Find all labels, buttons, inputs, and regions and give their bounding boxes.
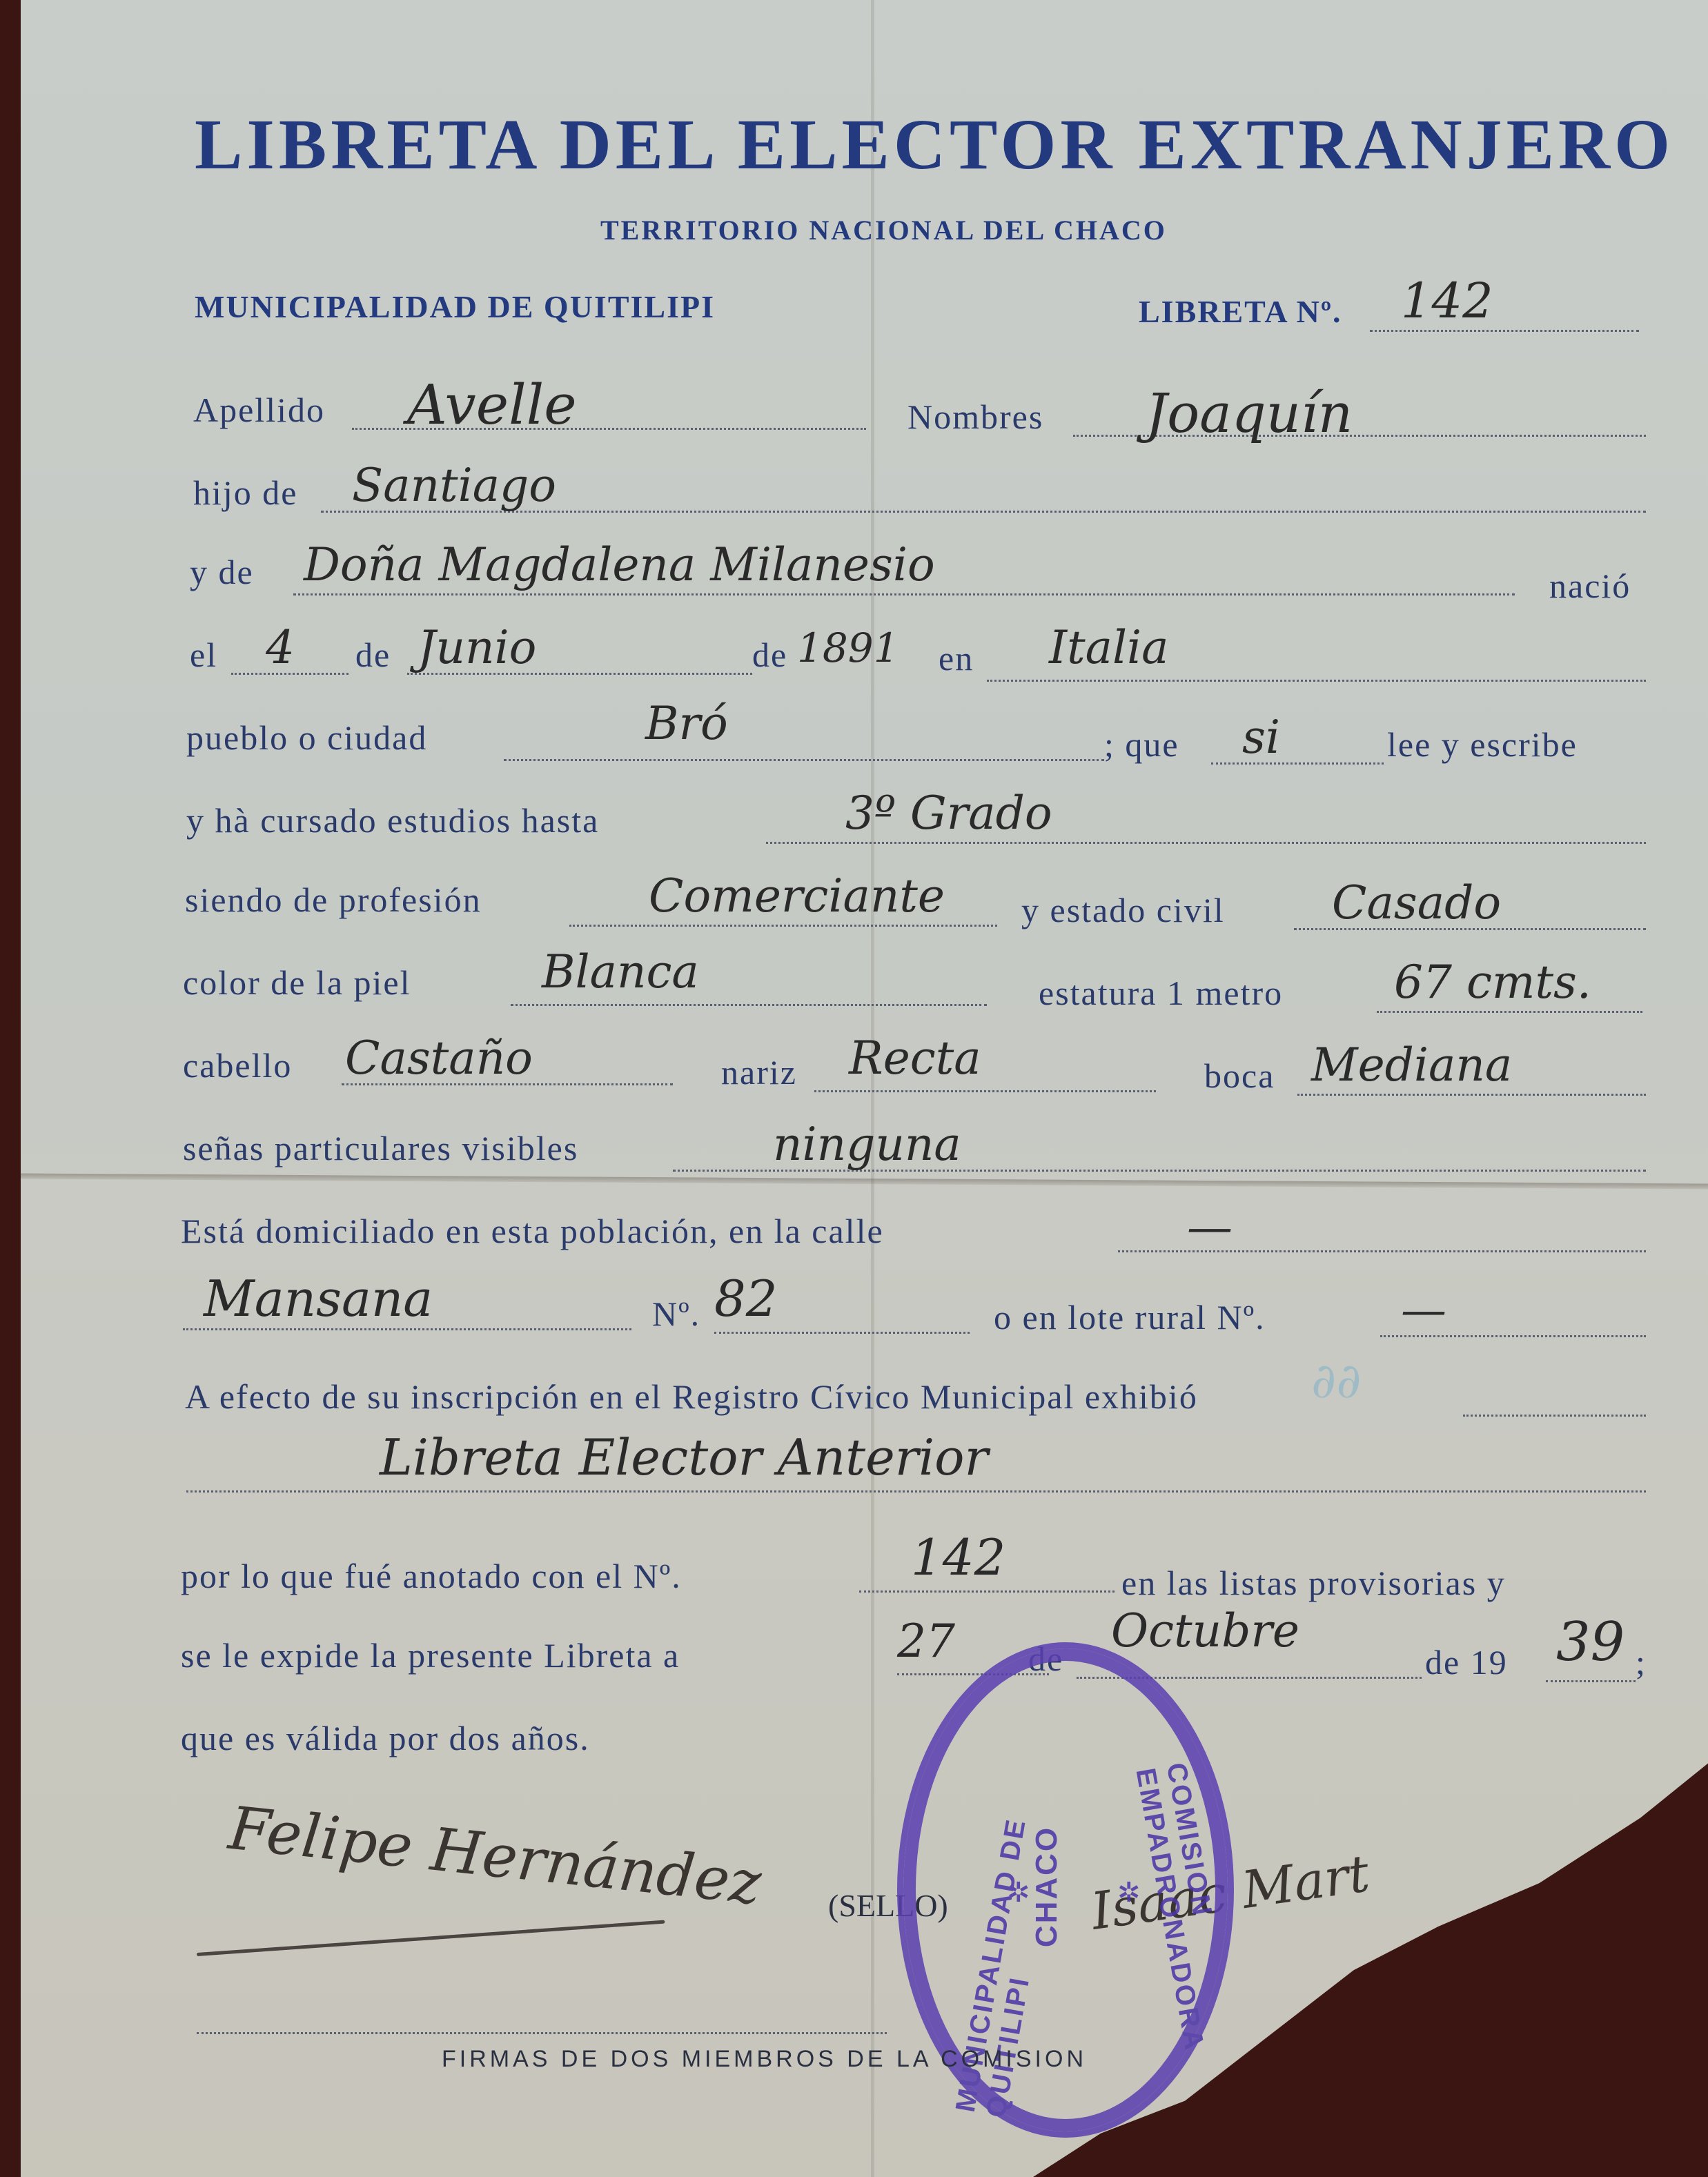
hijo-de-label: hijo de <box>193 473 297 513</box>
que-label: ; que <box>1104 725 1179 765</box>
anotado-line <box>859 1590 1115 1593</box>
numero-label: Nº. <box>652 1294 700 1334</box>
exhibio-value: Libreta Elector Anterior <box>380 1428 988 1486</box>
hijo-de-value: Santiago <box>352 459 556 512</box>
apellido-value: Avelle <box>407 373 577 437</box>
exhibio-line <box>186 1490 1646 1493</box>
pueblo-line <box>504 759 1104 761</box>
expide-label: se le expide la presente Libreta a <box>181 1635 680 1675</box>
libreta-number-line <box>1370 330 1639 332</box>
numero-value: 82 <box>714 1270 778 1328</box>
lote-label: o en lote rural Nº. <box>994 1297 1266 1337</box>
expide-semicolon: ; <box>1636 1642 1647 1682</box>
dia-value: 4 <box>266 621 295 674</box>
libreta-number: 142 <box>1401 273 1493 329</box>
estado-label: y estado civil <box>1021 890 1225 930</box>
domicilio-label: Está domiciliado en esta población, en l… <box>181 1211 884 1251</box>
nombres-value: Joaquín <box>1146 383 1353 445</box>
nariz-label: nariz <box>721 1052 797 1092</box>
stamp-star-icon: ✲ <box>1007 1876 1030 1909</box>
estudios-value: 3º Grado <box>845 787 1052 840</box>
calle-dash: — <box>1187 1201 1233 1254</box>
vertical-fold <box>871 0 874 2177</box>
cabello-label: cabello <box>183 1045 292 1085</box>
listas-label: en las listas provisorias y <box>1121 1563 1506 1603</box>
calle-value: Mansana <box>204 1270 433 1328</box>
nacio-label: nació <box>1549 566 1631 606</box>
footer-caption: FIRMAS DE DOS MIEMBROS DE LA COMISION <box>442 2046 1087 2073</box>
nariz-line <box>814 1090 1156 1092</box>
lote-value: — <box>1401 1283 1446 1337</box>
profesion-line <box>569 925 997 927</box>
expide-anio-line <box>1546 1680 1636 1682</box>
boca-line <box>1297 1094 1646 1096</box>
footer-signature-line <box>197 2032 887 2034</box>
boca-label: boca <box>1204 1056 1275 1096</box>
estatura-line <box>1377 1011 1642 1013</box>
de-label: de <box>355 635 391 675</box>
profesion-value: Comerciante <box>649 869 945 923</box>
anotado-label: por lo que fué anotado con el Nº. <box>181 1556 682 1596</box>
efecto-line <box>1463 1415 1646 1417</box>
lee-escribe-label: lee y escribe <box>1387 725 1578 765</box>
mes-value: Junio <box>418 621 536 674</box>
document-subtitle: TERRITORIO NACIONAL DEL CHACO <box>600 214 1167 246</box>
en-label: en <box>939 638 974 678</box>
stamp-center-text: CHACO <box>1030 1826 1064 1947</box>
senas-value: ninguna <box>773 1118 961 1171</box>
valida-label: que es válida por dos años. <box>181 1718 590 1758</box>
y-de-label: y de <box>190 552 254 592</box>
expide-mes: Octubre <box>1111 1604 1299 1657</box>
libreta-label: LIBRETA Nº. <box>1139 293 1342 330</box>
lee-line <box>1211 762 1384 765</box>
boca-value: Mediana <box>1311 1038 1512 1092</box>
pueblo-value: Bró <box>645 697 728 750</box>
estudios-label: y hà cursado estudios hasta <box>186 800 599 840</box>
y-de-line <box>293 593 1515 595</box>
apellido-label: Apellido <box>193 390 325 430</box>
piel-value: Blanca <box>542 945 699 998</box>
expide-dia: 27 <box>897 1615 955 1668</box>
nariz-value: Recta <box>849 1032 981 1085</box>
calle-value-line <box>183 1328 631 1330</box>
de-anio-label: de <box>752 635 787 675</box>
numero-line <box>714 1332 970 1334</box>
cabello-value: Castaño <box>345 1032 533 1085</box>
piel-label: color de la piel <box>183 963 411 1003</box>
pueblo-label: pueblo o ciudad <box>186 718 427 758</box>
senas-label: señas particulares visibles <box>183 1128 578 1168</box>
anotado-value: 142 <box>911 1528 1005 1586</box>
nombres-label: Nombres <box>907 397 1043 437</box>
pais-line <box>987 680 1646 682</box>
expide-de-anio-label: de 19 <box>1425 1642 1508 1682</box>
stamp-star-icon: ✲ <box>1117 1876 1141 1909</box>
estatura-label: estatura 1 metro <box>1039 973 1283 1013</box>
estudios-line <box>766 842 1646 844</box>
efecto-label: A efecto de su inscripción en el Registr… <box>185 1377 1198 1417</box>
el-label: el <box>190 635 217 675</box>
municipality: MUNICIPALIDAD DE QUITILIPI <box>195 288 715 325</box>
piel-line <box>511 1004 987 1006</box>
pais-value: Italia <box>1049 621 1169 674</box>
estado-value: Casado <box>1332 876 1501 929</box>
document-title: LIBRETA DEL ELECTOR EXTRANJERO <box>195 104 1674 186</box>
anio-value: 1891 <box>797 624 899 671</box>
y-de-value: Doña Magdalena Milanesio <box>304 538 935 591</box>
profesion-label: siendo de profesión <box>185 880 482 920</box>
lee-value: si <box>1242 711 1280 764</box>
blue-pencil-marks: ∂∂ <box>1311 1352 1361 1409</box>
estatura-value: 67 cmts. <box>1394 956 1591 1009</box>
expide-anio: 39 <box>1556 1611 1624 1673</box>
